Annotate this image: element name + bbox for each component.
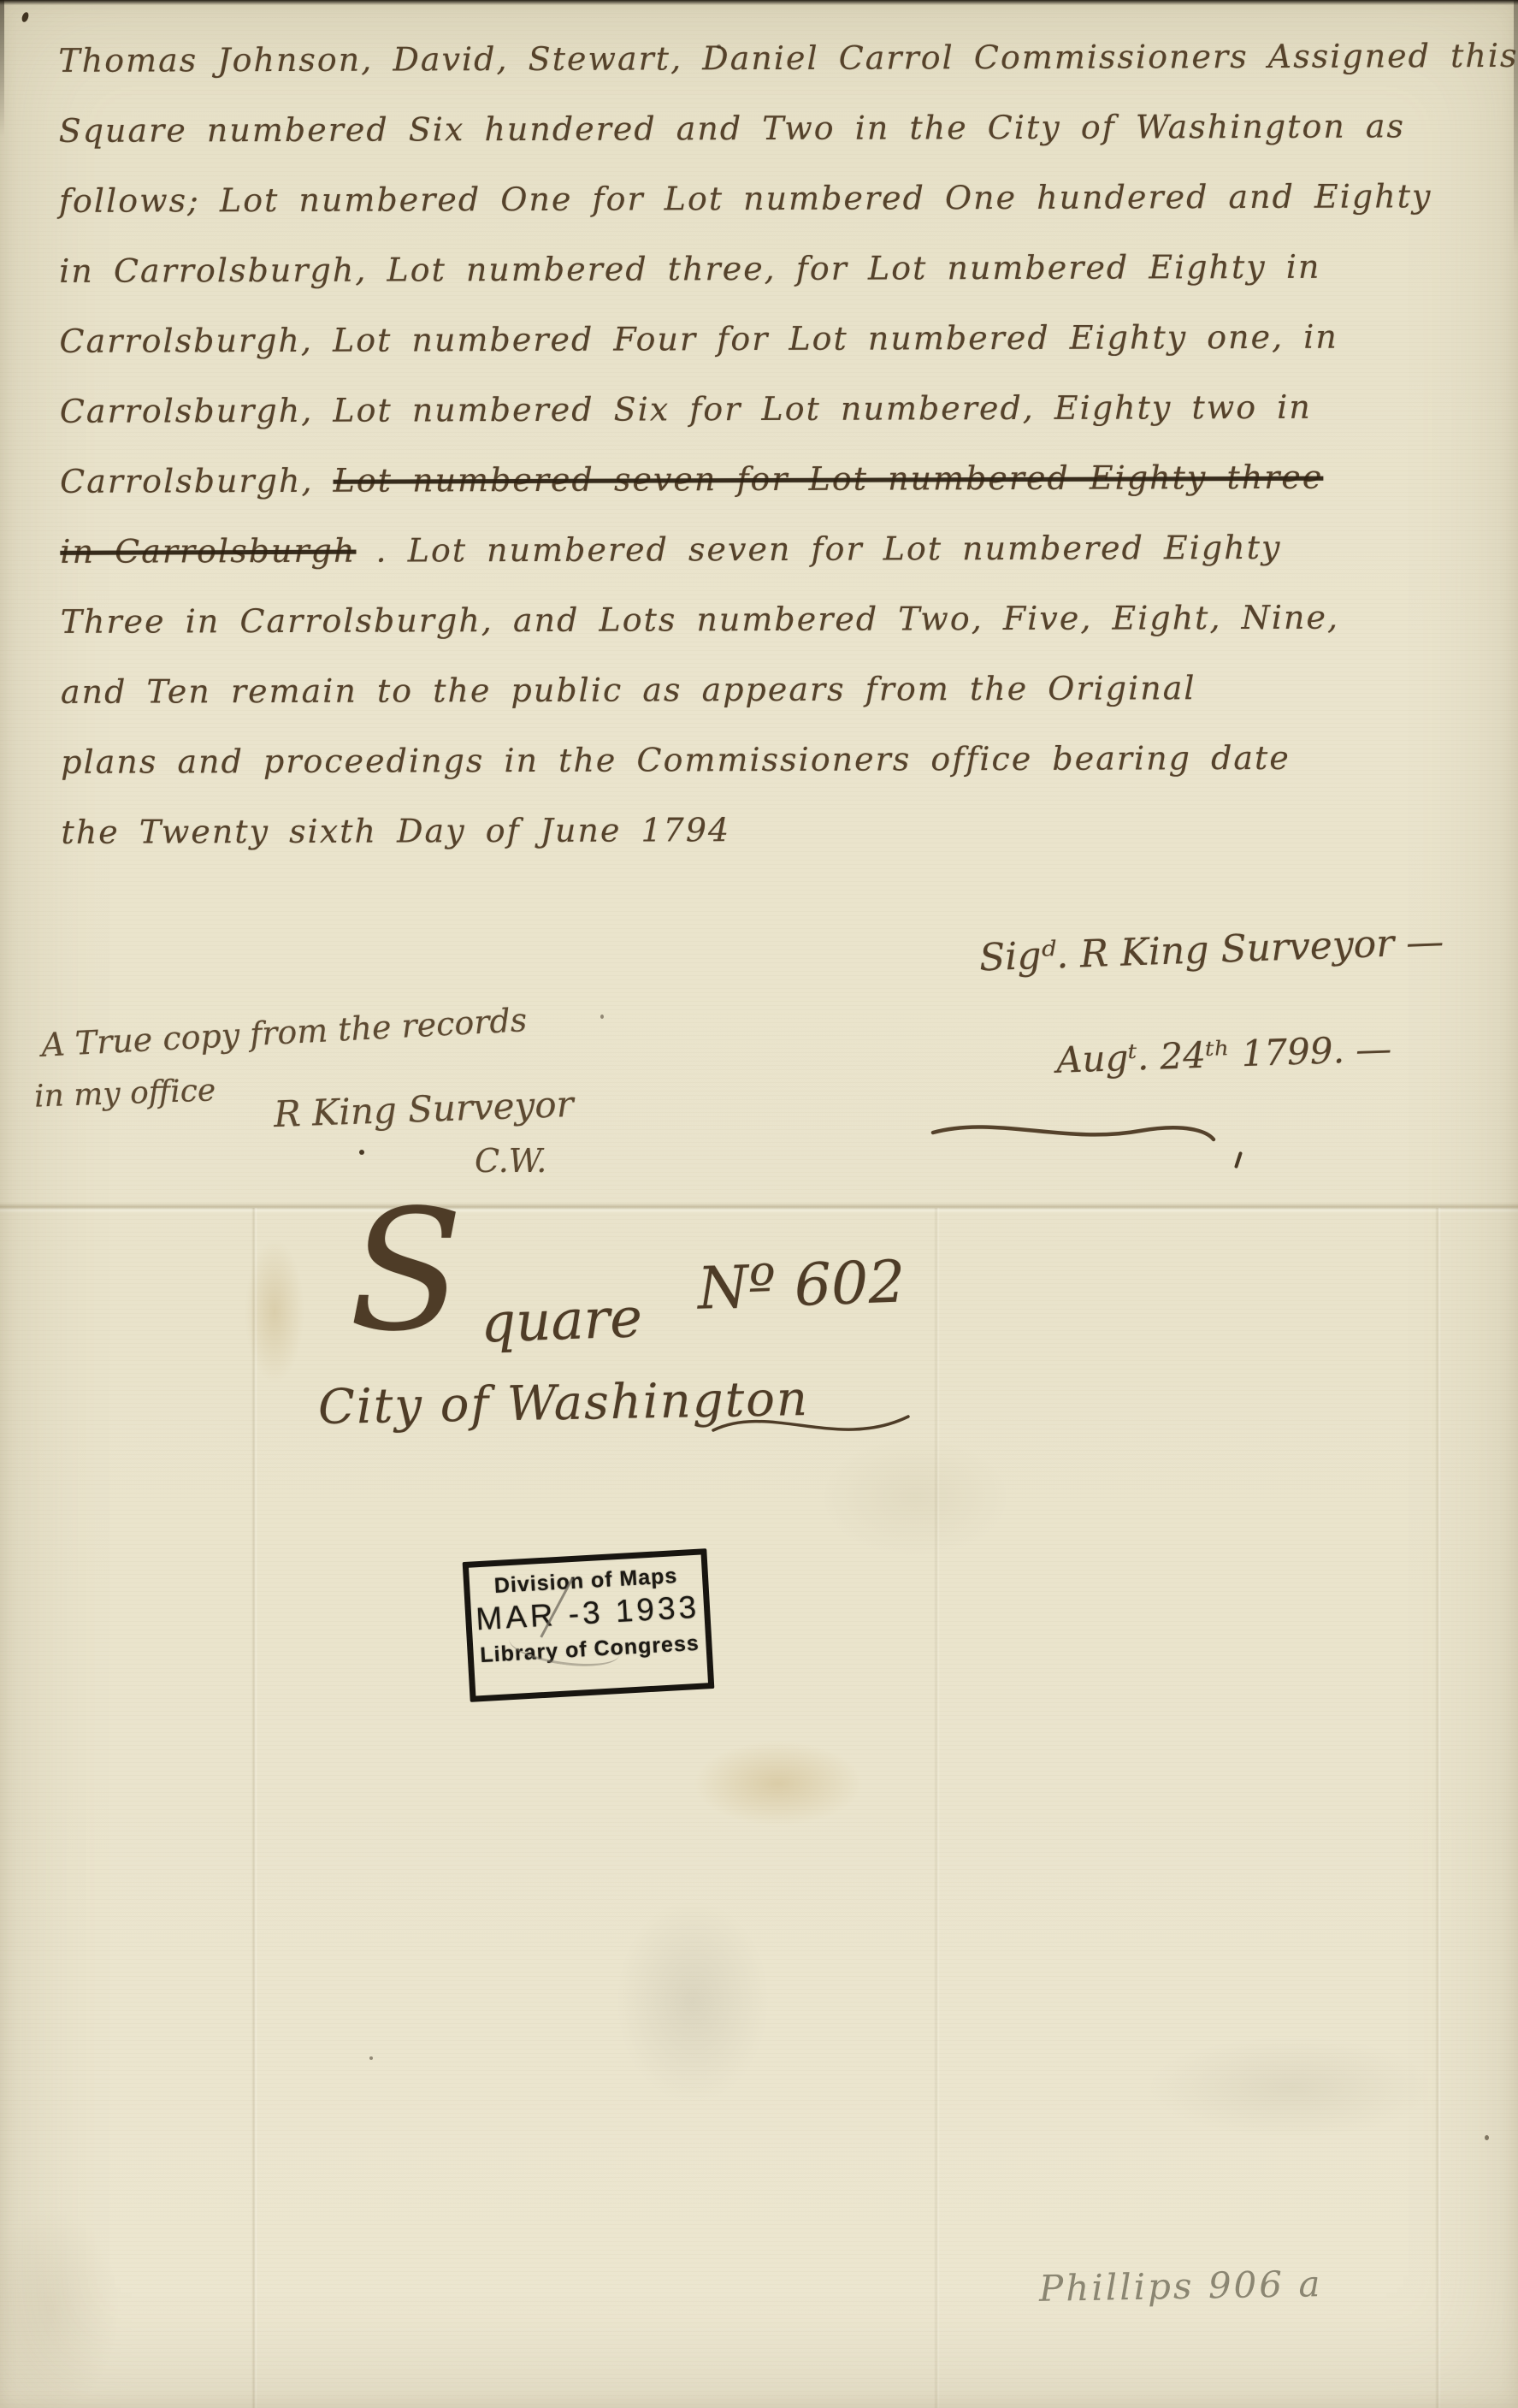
attestation-initials: C.W. (475, 1142, 546, 1180)
manuscript-text: Three in Carrolsburgh, and Lots numbered… (61, 599, 1340, 641)
manuscript-text: the Twenty sixth Day of June 1794 (61, 811, 730, 851)
scan-edge (1514, 0, 1518, 257)
attestation-signature: R King Surveyor (273, 1083, 574, 1135)
surveyor-signature-line: Sigᵈ. R King Surveyor — (978, 920, 1444, 980)
docket-square-word: quare (480, 1287, 643, 1356)
manuscript-line: Carrolsburgh, Lot numbered seven for Lot… (60, 458, 1471, 533)
document-page: Thomas Johnson, David, Stewart, Daniel C… (0, 0, 1518, 2408)
manuscript-line: in Carrolsburgh, Lot numbered three, for… (59, 247, 1470, 322)
manuscript-text: in Carrolsburgh, Lot numbered three, for… (59, 248, 1320, 290)
paper-stain (821, 1437, 1009, 1557)
ink-speck (600, 1015, 604, 1019)
library-of-congress-stamp: Division of Maps MAR -3 1933 Library of … (463, 1548, 715, 1702)
scan-edge (0, 0, 4, 137)
scan-edge (0, 0, 1518, 5)
manuscript-line: in Carrolsburgh . Lot numbered seven for… (60, 528, 1471, 603)
manuscript-body: Thomas Johnson, David, Stewart, Daniel C… (58, 37, 1472, 884)
city-flourish (710, 1401, 915, 1452)
signature-flourish (928, 1105, 1219, 1150)
paper-stain (1146, 2036, 1437, 2139)
vertical-fold-crease (1435, 1208, 1441, 2408)
vertical-fold-crease (251, 1208, 257, 2408)
vertical-fold-crease (934, 1208, 940, 2408)
manuscript-text: Carrolsburgh, (60, 462, 334, 500)
paper-stain (693, 1741, 864, 1826)
manuscript-text: and Ten remain to the public as appears … (61, 669, 1196, 711)
manuscript-line: Carrolsburgh, Lot numbered Six for Lot n… (60, 388, 1471, 463)
paper-stain (0, 2207, 120, 2408)
manuscript-text: . Lot numbered seven for Lot numbered Ei… (356, 529, 1281, 570)
ink-mark (359, 1150, 364, 1155)
manuscript-line: Thomas Johnson, David, Stewart, Daniel C… (58, 37, 1469, 112)
attestation-line: A True copy from the records (40, 1001, 528, 1064)
horizontal-fold-crease (0, 1203, 1518, 1213)
struck-out-text: in Carrolsburgh (60, 532, 356, 571)
manuscript-text: follows; Lot numbered One for Lot number… (59, 177, 1432, 220)
manuscript-line: the Twenty sixth Day of June 1794 (61, 808, 1472, 884)
manuscript-line: plans and proceedings in the Commissione… (61, 738, 1472, 814)
manuscript-text: Square numbered Six hundered and Two in … (59, 107, 1406, 149)
paper-stain (616, 1899, 770, 2104)
attestation-line: in my office (33, 1073, 216, 1114)
manuscript-text: Thomas Johnson, David, Stewart, Daniel C… (58, 37, 1518, 80)
manuscript-text: Carrolsburgh, Lot numbered Six for Lot n… (60, 388, 1312, 430)
scanned-document: Thomas Johnson, David, Stewart, Daniel C… (0, 0, 1518, 2408)
manuscript-line: Carrolsburgh, Lot numbered Four for Lot … (59, 317, 1470, 393)
ink-mark (1234, 1151, 1243, 1169)
ink-speck (369, 2056, 373, 2060)
ink-speck (21, 11, 30, 23)
manuscript-text: Carrolsburgh, Lot numbered Four for Lot … (59, 318, 1338, 360)
manuscript-line: Three in Carrolsburgh, and Lots numbered… (61, 598, 1472, 673)
docket-square-number: Nº 602 (696, 1248, 906, 1322)
manuscript-line: follows; Lot numbered One for Lot number… (59, 177, 1470, 252)
manuscript-text: plans and proceedings in the Commissione… (61, 739, 1291, 781)
ink-speck (717, 44, 721, 49)
ink-speck (1485, 2135, 1489, 2140)
certification-date: Augᵗ. 24ᵗʰ 1799. — (1055, 1027, 1392, 1081)
manuscript-line: Square numbered Six hundered and Two in … (59, 107, 1470, 182)
pencil-catalog-note: Phillips 906 a (1039, 2263, 1323, 2310)
docket-square-title: quareNº 602 (480, 1274, 907, 1356)
struck-out-text: Lot numbered seven for Lot numbered Eigh… (334, 459, 1324, 500)
docket-square-initial: S (349, 1204, 464, 1338)
manuscript-line: and Ten remain to the public as appears … (61, 668, 1472, 743)
